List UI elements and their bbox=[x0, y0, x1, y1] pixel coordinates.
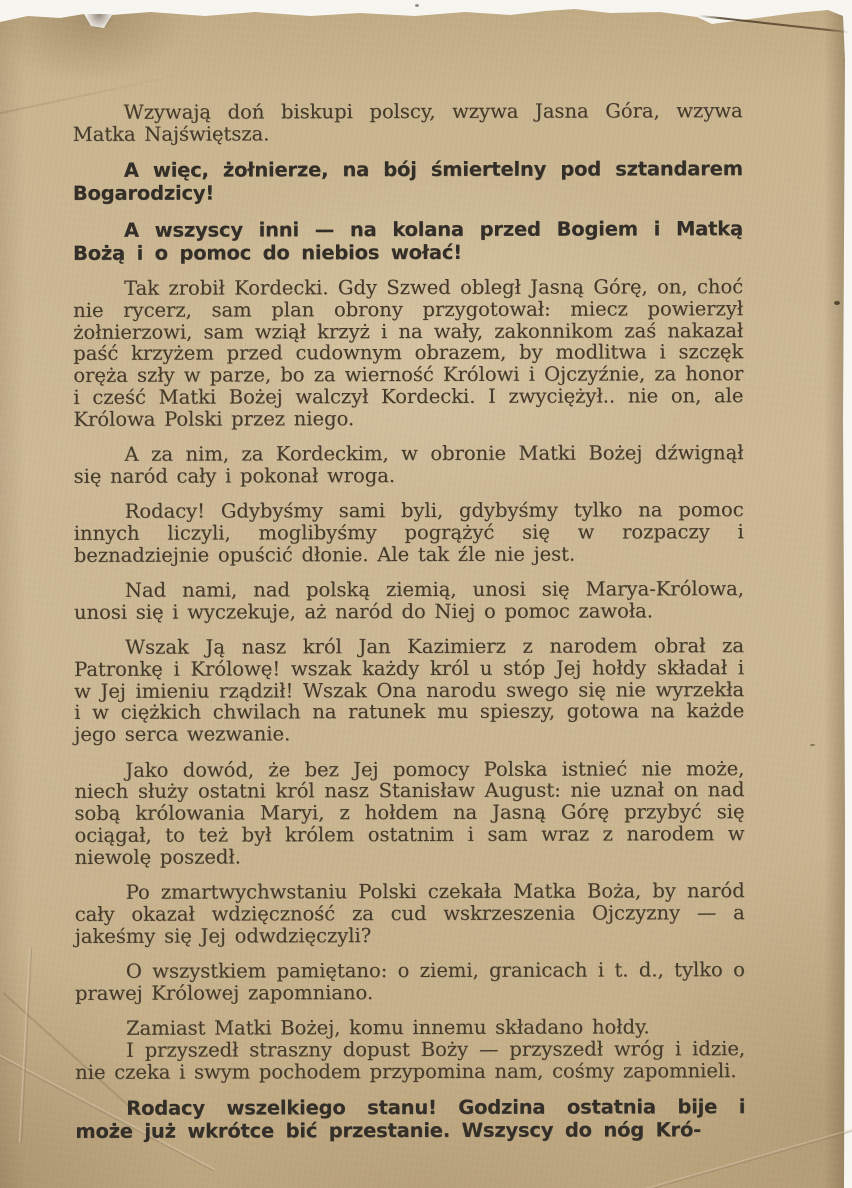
paragraph: Po zmartwychwstaniu Polski czekała Matka… bbox=[75, 880, 745, 947]
paragraph-emphasis: A wszyscy inni — na kolana przed Bogiem … bbox=[73, 217, 743, 265]
paper-speck bbox=[415, 4, 419, 7]
paragraph: Wszak Ją nasz król Jan Kazimierz z narod… bbox=[74, 635, 744, 746]
paragraph: Tak zrobił Kordecki. Gdy Szwed obległ Ja… bbox=[73, 276, 743, 430]
paragraph: I przyszedł straszny dopust Boży — przys… bbox=[75, 1038, 745, 1083]
paragraph-emphasis: A więc, żołnierze, na bój śmiertelny pod… bbox=[73, 157, 743, 205]
leaflet-text-column: Wzywają doń biskupi polscy, wzywa Jasna … bbox=[73, 100, 746, 1156]
paragraph-emphasis: Rodacy wszelkiego stanu! Godzina ostatni… bbox=[75, 1095, 745, 1143]
paragraph: Nad nami, nad polską ziemią, unosi się M… bbox=[74, 578, 744, 623]
paragraph: Jako dowód, że bez Jej pomocy Polska ist… bbox=[74, 758, 744, 869]
scanned-page: Wzywają doń biskupi polscy, wzywa Jasna … bbox=[0, 0, 852, 1188]
paragraph: A za nim, za Kordeckim, w obronie Matki … bbox=[74, 442, 744, 487]
paragraph: O wszystkiem pamiętano: o ziemi, granica… bbox=[75, 959, 745, 1004]
paragraph: Wzywają doń biskupi polscy, wzywa Jasna … bbox=[73, 100, 743, 145]
paragraph: Rodacy! Gdybyśmy sami byli, gdybyśmy tyl… bbox=[74, 499, 744, 566]
paragraph: Zamiast Matki Bożej, komu innemu składan… bbox=[75, 1016, 745, 1040]
